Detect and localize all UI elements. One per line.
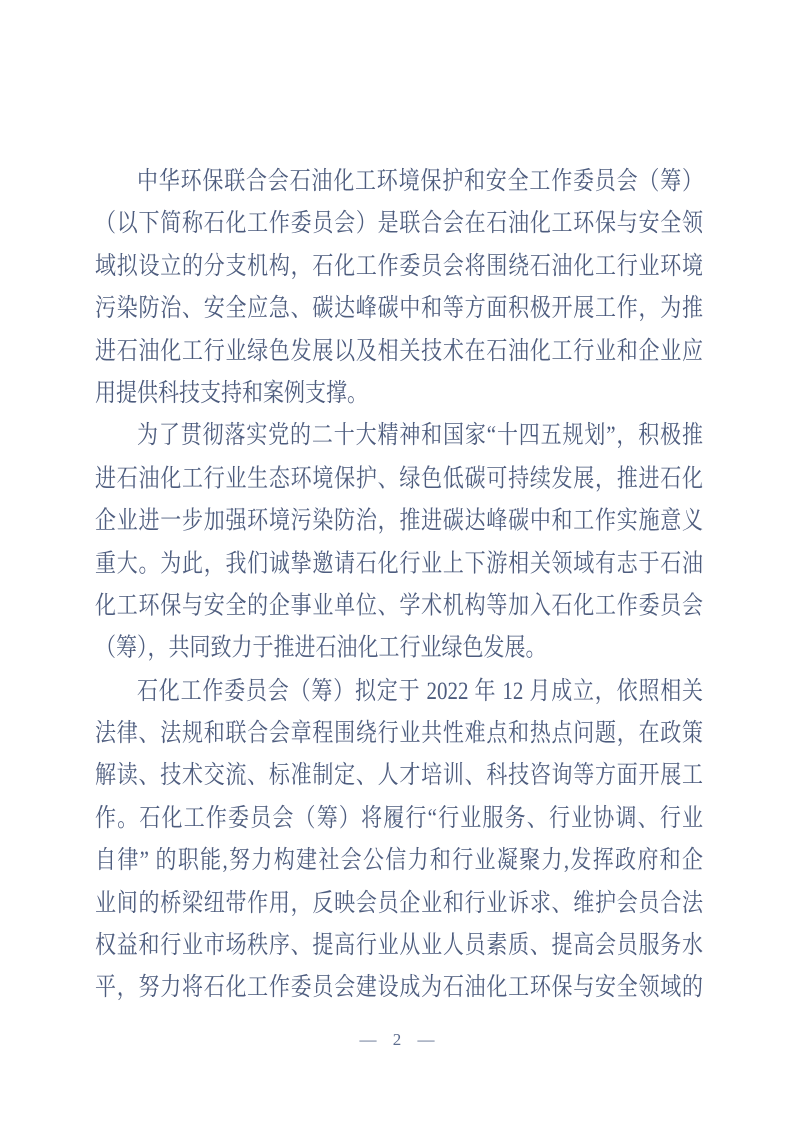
text-line: 权益和行业市场秩序、提高行业从业人员素质、提高会员服务水	[95, 924, 703, 966]
paragraph: 石化工作委员会（筹）拟定于 2022 年 12 月成立，依照相关 法律、法规和联…	[95, 670, 703, 1010]
page-number: — 2 —	[0, 1030, 795, 1050]
text-line: （筹），共同致力于推进石油化工行业绿色发展。	[95, 627, 703, 669]
paragraph: 为了贯彻落实党的二十大精神和国家“十四五规划”，积极推 进石油化工行业生态环境保…	[95, 415, 703, 670]
text-line: 重大。为此，我们诚挚邀请石化行业上下游相关领域有志于石油	[95, 542, 703, 584]
text-line: 化工环保与安全的企事业单位、学术机构等加入石化工作委员会	[95, 585, 703, 627]
text-line: 进石油化工行业生态环境保护、绿色低碳可持续发展，推进石化	[95, 457, 703, 499]
text-line: 用提供科技支持和案例支撑。	[95, 372, 703, 414]
text-line: 为了贯彻落实党的二十大精神和国家“十四五规划”，积极推	[95, 415, 703, 457]
text-line: 平，努力将石化工作委员会建设成为石油化工环保与安全领域的	[95, 967, 703, 1009]
text-line: 业间的桥梁纽带作用，反映会员企业和行业诉求、维护会员合法	[95, 882, 703, 924]
document-body: 中华环保联合会石油化工环境保护和安全工作委员会（筹） （以下简称石化工作委员会）…	[95, 160, 703, 1009]
text-line: 中华环保联合会石油化工环境保护和安全工作委员会（筹）	[95, 160, 703, 202]
text-line: 企业进一步加强环境污染防治，推进碳达峰碳中和工作实施意义	[95, 500, 703, 542]
text-line: 作。石化工作委员会（筹）将履行“行业服务、行业协调、行业	[95, 797, 703, 839]
text-line: 法律、法规和联合会章程围绕行业共性难点和热点问题，在政策	[95, 712, 703, 754]
document-page: 中华环保联合会石油化工环境保护和安全工作委员会（筹） （以下简称石化工作委员会）…	[0, 0, 795, 1123]
text-line: 进石油化工行业绿色发展以及相关技术在石油化工行业和企业应	[95, 330, 703, 372]
text-line: 域拟设立的分支机构，石化工作委员会将围绕石油化工行业环境	[95, 245, 703, 287]
text-line: 解读、技术交流、标准制定、人才培训、科技咨询等方面开展工	[95, 755, 703, 797]
text-line: 石化工作委员会（筹）拟定于 2022 年 12 月成立，依照相关	[95, 670, 703, 712]
text-line: （以下简称石化工作委员会）是联合会在石油化工环保与安全领	[95, 202, 703, 244]
text-line: 污染防治、安全应急、碳达峰碳中和等方面积极开展工作，为推	[95, 287, 703, 329]
text-line: 自律” 的职能,努力构建社会公信力和行业凝聚力,发挥政府和企	[95, 840, 703, 882]
paragraph: 中华环保联合会石油化工环境保护和安全工作委员会（筹） （以下简称石化工作委员会）…	[95, 160, 703, 415]
